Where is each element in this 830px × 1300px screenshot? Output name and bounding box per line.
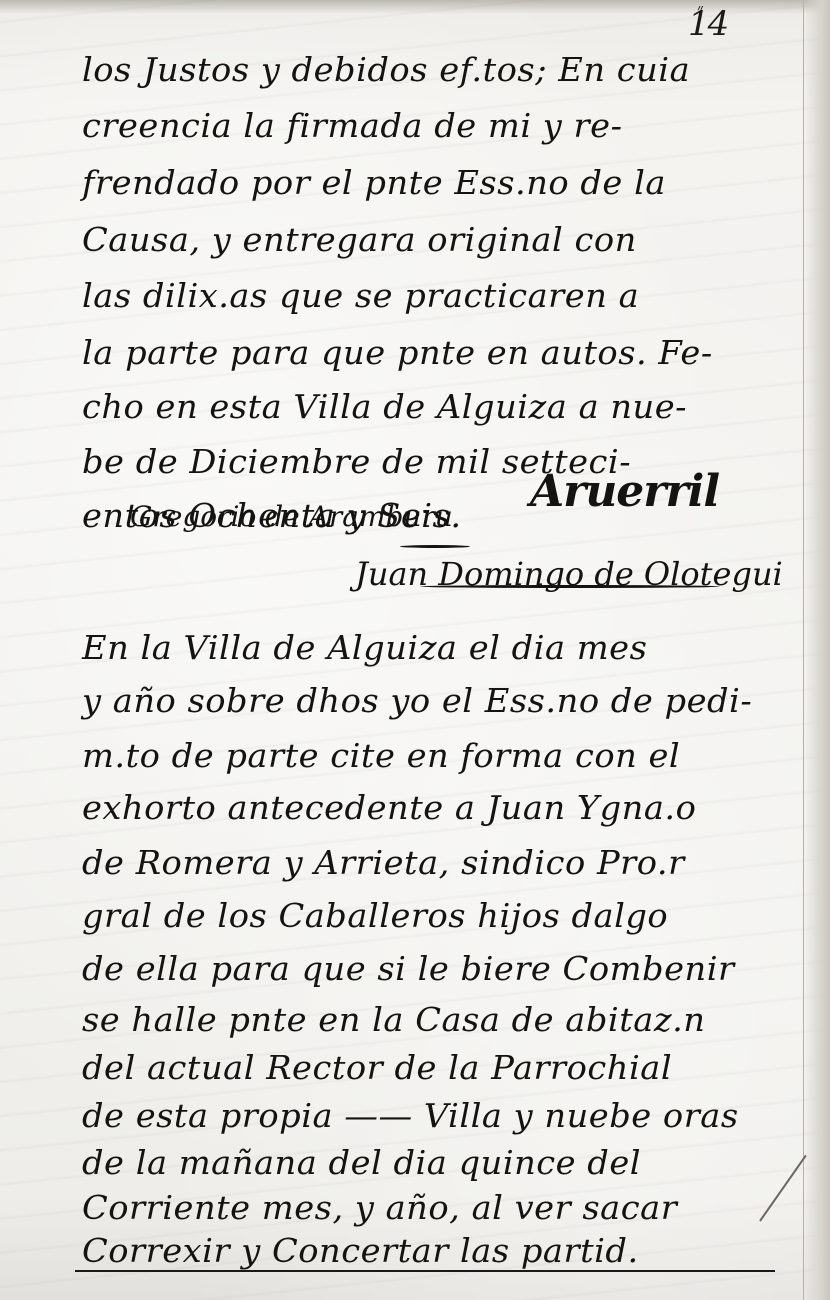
text-line: Correxir y Concertar las partid. [82,1231,639,1270]
text-line: de la mañana del dia quince del [82,1143,641,1182]
text-line: los Justos y debidos ef.tos; En cuia [82,50,690,89]
text-line: Corriente mes, y año, al ver sacar [82,1188,677,1227]
signature-rubric [400,545,470,548]
paper-tear [759,1155,807,1222]
text-line: En la Villa de Alguiza el dia mes [82,628,647,667]
text-line: de ella para que si le biere Combenir [82,949,735,988]
text-line: de esta propia —— Villa y nuebe oras [82,1096,739,1135]
signature-gregorio: Gregorio de Aramburu [130,500,453,533]
folio-number: 14 [688,4,727,44]
text-line: del actual Rector de la Parrochial [82,1048,672,1087]
text-line: Causa, y entregara original con [82,220,637,259]
text-line: gral de los Caballeros hijos dalgo [82,896,668,935]
text-line: frendado por el pnte Ess.no de la [82,163,666,202]
text-line: de Romera y Arrieta, sindico Pro.r [82,843,685,882]
text-line: las dilix.as que se practicaren a [82,276,639,315]
manuscript-page: ״ 14 los Justos y debidos ef.tos; En cui… [0,0,830,1300]
text-line: y año sobre dhos yo el Ess.no de pedi- [82,681,752,720]
text-line: se halle pnte en la Casa de abitaz.n [82,1000,705,1039]
text-line: creencia la firmada de mi y re- [82,106,622,145]
signature-rubric [420,585,720,588]
closing-rule [75,1270,775,1272]
page-right-edge [803,0,830,1300]
text-line: cho en esta Villa de Alguiza a nue- [82,387,687,426]
text-line: m.to de parte cite en forma con el [82,736,680,775]
signature-aruerril: Aruerril [530,466,719,517]
text-line: la parte para que pnte en autos. Fe- [82,333,713,372]
text-line: exhorto antecedente a Juan Ygna.o [82,788,696,827]
